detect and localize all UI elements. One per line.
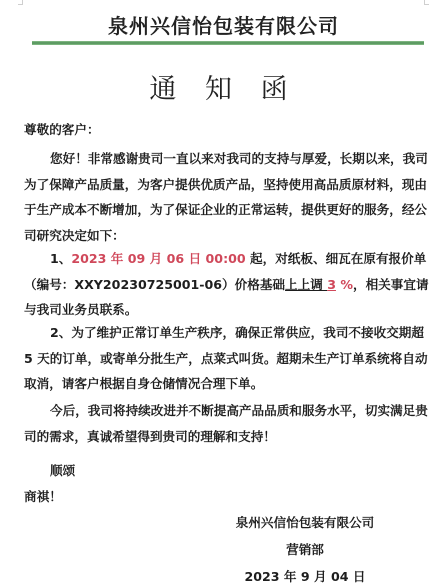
- increase-label: 上上调: [285, 277, 327, 292]
- effective-date: 2023 年 09 月 06 日 00:00: [71, 251, 245, 266]
- document-title: 通 知 函: [0, 67, 447, 106]
- closing-greeting: 顺颂: [24, 458, 429, 484]
- corner-mark-right: [424, 0, 429, 5]
- signature-department: 营销部: [215, 539, 395, 558]
- closing-paragraph: 今后，我司将持续改进并不断提高产品品质和服务水平，切实满足贵司的需求，真诚希望得…: [24, 398, 429, 449]
- salutation: 尊敬的客户：: [24, 117, 429, 143]
- corner-mark-left: [18, 0, 23, 5]
- signature-company: 泉州兴信怡包装有限公司: [215, 512, 395, 531]
- item-2-paragraph: 2、为了维护正常订单生产秩序，确保正常供应，我司不接收交期超 5 天的订单，或寄…: [24, 320, 429, 397]
- percent-sign: %: [336, 277, 353, 292]
- intro-paragraph: 您好！非常感谢贵司一直以来对我司的支持与厚爱，长期以来，我司为了保障产品质量，为…: [24, 146, 429, 248]
- item-1-prefix: 1、: [50, 251, 71, 266]
- increase-percent-value: 3: [327, 277, 336, 292]
- company-header: 泉州兴信怡包装有限公司: [0, 10, 447, 39]
- signature-date: 2023 年 9 月 04 日: [215, 566, 395, 585]
- header-divider: [32, 41, 424, 45]
- closing-wish: 商祺！: [24, 484, 429, 510]
- item-1-paragraph: 1、2023 年 09 月 06 日 00:00 起，对纸板、细瓦在原有报价单（…: [24, 246, 429, 323]
